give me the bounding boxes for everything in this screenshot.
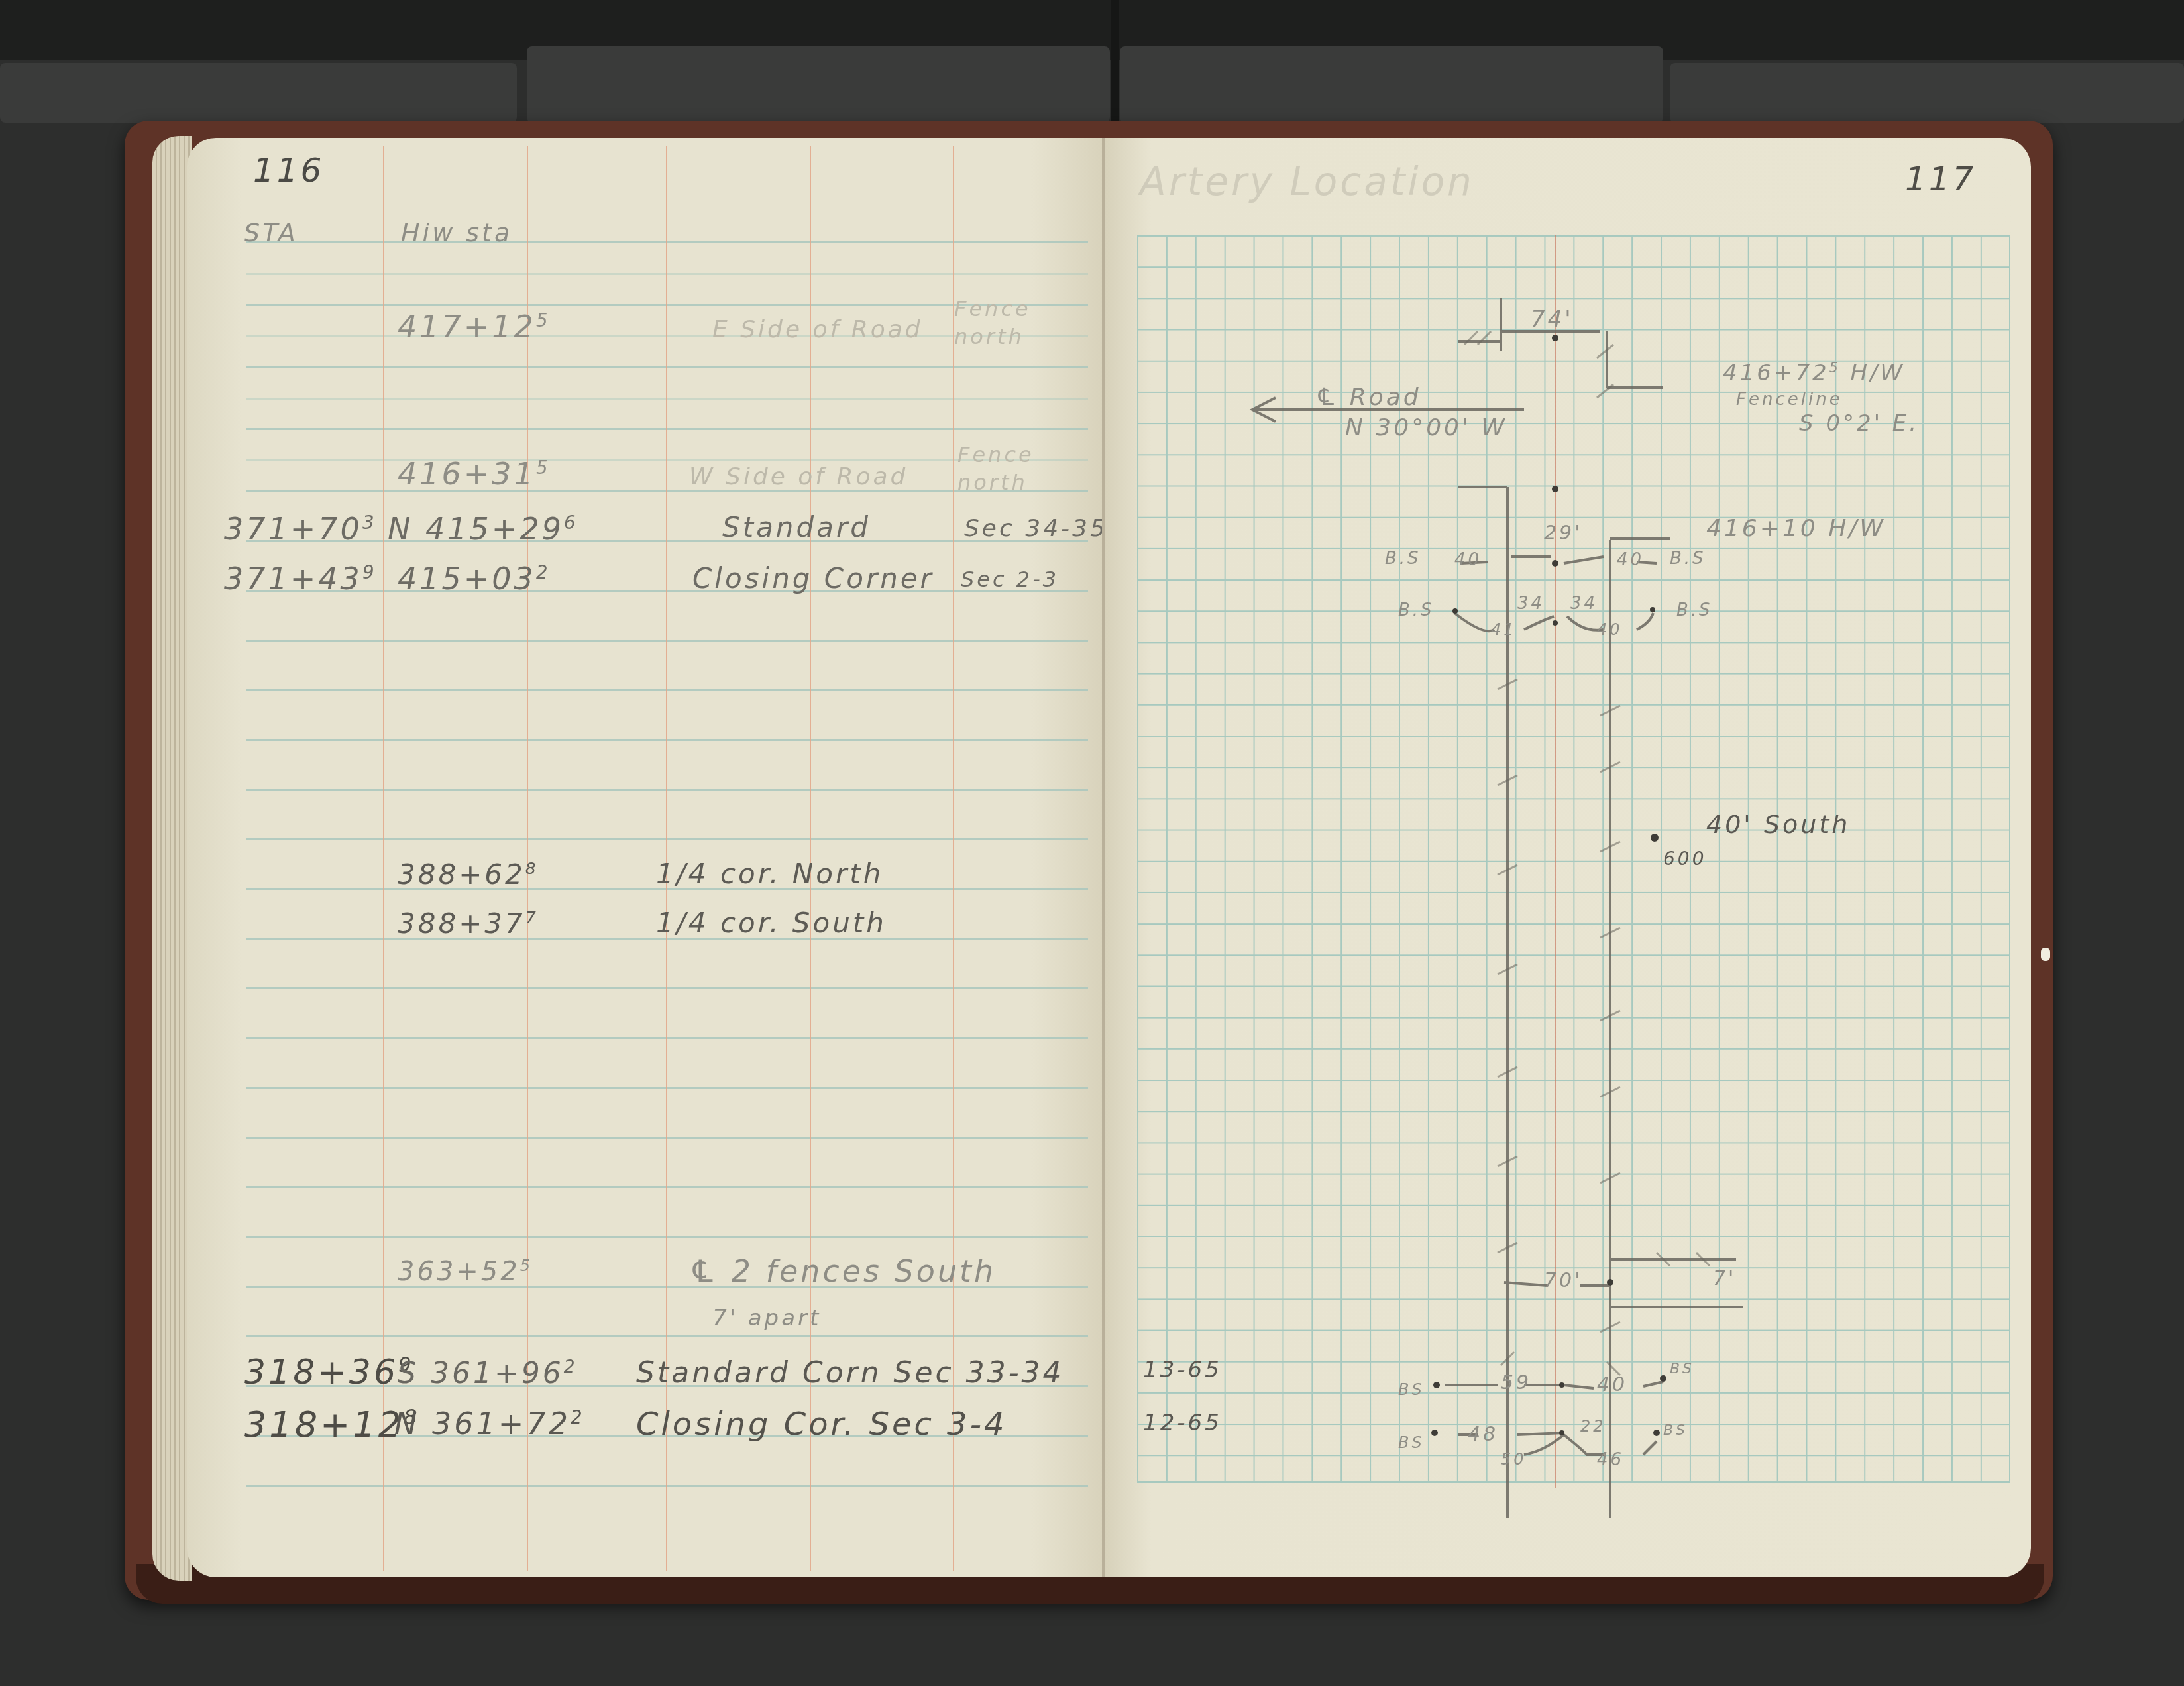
sketch-date-1: 13-65 [1143, 1359, 1222, 1381]
sketch-tie: 34 [1517, 595, 1545, 612]
sketch-tie: 40 [1597, 622, 1623, 638]
scanner-tray-block [0, 63, 517, 123]
sketch-bs-label: BS [1398, 1435, 1425, 1451]
entry-hw-sta: N 415+296 [388, 514, 578, 544]
scanner-tray-block [1120, 46, 1663, 123]
entry-note: Closing Cor. Sec 3-4 [636, 1408, 1007, 1440]
sketch-bs-label: B.S [1385, 550, 1421, 567]
entry-note: E Side of Road [712, 318, 923, 342]
sketch-road-bearing: N 30°00' W [1345, 416, 1507, 440]
sketch-fence-bearing: S 0°2' E. [1799, 412, 1919, 435]
entry-note: Closing Corner [692, 565, 934, 592]
sketch-top-dimension: 74' [1531, 308, 1574, 331]
entry-note: ℄ 2 fences South [689, 1256, 996, 1286]
scanner-tray-block [527, 46, 1110, 123]
sketch-bs-label: B.S [1670, 550, 1706, 567]
entry-hw-sta: 388+377 [398, 909, 539, 938]
entry-note-extra: Sec 2-3 [961, 569, 1059, 590]
page-number-left: 116 [253, 154, 324, 187]
entry-hw-sta: 363+525 [398, 1258, 533, 1285]
sketch-road-label: ℄ Road [1315, 386, 1421, 410]
sketch-tie: 46 [1597, 1451, 1624, 1469]
sketch-width-dimension: 29' [1544, 524, 1582, 543]
sketch-date-2: 12-65 [1143, 1412, 1222, 1434]
sketch-fenceline-label: Fenceline [1736, 391, 1843, 408]
entry-sta: 318+128 [244, 1406, 420, 1443]
entry-note-extra: Sec 34-35 [964, 517, 1108, 541]
sketch-bs-label: BS [1398, 1382, 1425, 1398]
page-stack-edge [152, 136, 192, 1581]
sketch-bs-label: BS [1663, 1424, 1688, 1438]
page-number-right: 117 [1905, 162, 1976, 196]
entry-hw-sta: 417+125 [398, 311, 550, 342]
sketch-bs-label: B.S [1676, 602, 1713, 619]
entry-note: W Side of Road [689, 465, 908, 489]
entry-note-extra: Fence north [957, 441, 1064, 496]
entry-hw-sta: S 361+962 [398, 1359, 578, 1388]
sketch-tie: 40 [1617, 551, 1644, 569]
column-header-hw-sta: Hiw sta [401, 220, 512, 245]
entry-note: 7' apart [712, 1307, 821, 1329]
entry-sta: 371+439 [224, 563, 376, 594]
sketch-point-label: 40' South [1706, 812, 1850, 837]
sketch-tie: 40 [1454, 551, 1482, 569]
entry-hw-sta: N 361+722 [394, 1408, 584, 1439]
column-header-sta: STA [244, 220, 298, 245]
entry-sta: 371+703 [224, 514, 376, 544]
sketch-tie: 22 [1580, 1418, 1606, 1434]
sketch-fence-gap: 7' [1713, 1269, 1736, 1289]
center-margin-rule [1555, 235, 1556, 1488]
entry-note: 1/4 cor. South [656, 909, 887, 937]
sketch-bottom-dimension: 70' [1544, 1271, 1582, 1291]
entry-hw-sta: 415+032 [398, 563, 550, 594]
sketch-tie: 34 [1570, 595, 1598, 612]
scanner-tray-block [1670, 63, 2184, 123]
entry-hw-sta: 416+315 [398, 459, 550, 489]
sketch-fence-station: 416+725 H/W [1723, 361, 1905, 384]
sketch-point-value: 600 [1663, 850, 1706, 868]
entry-hw-sta: 388+628 [398, 860, 539, 889]
sketch-tie: 59 [1501, 1373, 1531, 1393]
faint-erased-header: Artery Location [1140, 162, 1474, 201]
sketch-tie: 48 [1468, 1425, 1498, 1445]
sketch-tie: 50 [1501, 1451, 1527, 1467]
sketch-station-note: 416+10 H/W [1706, 517, 1886, 541]
entry-note: Standard Corn Sec 33-34 [636, 1359, 1064, 1388]
scanner-tray-gap [1111, 0, 1119, 126]
page-edge-nick [2041, 948, 2050, 961]
entry-note: Standard [722, 514, 871, 541]
entry-sta: 318+369 [244, 1355, 414, 1390]
entry-note-extra: Fence north [954, 295, 1067, 351]
sketch-tie: 40 [1597, 1375, 1627, 1395]
sketch-bs-label: BS [1670, 1362, 1694, 1377]
entry-note: 1/4 cor. North [656, 860, 883, 888]
sketch-tie: 41 [1491, 622, 1517, 638]
sketch-bs-label: B.S [1398, 602, 1435, 619]
